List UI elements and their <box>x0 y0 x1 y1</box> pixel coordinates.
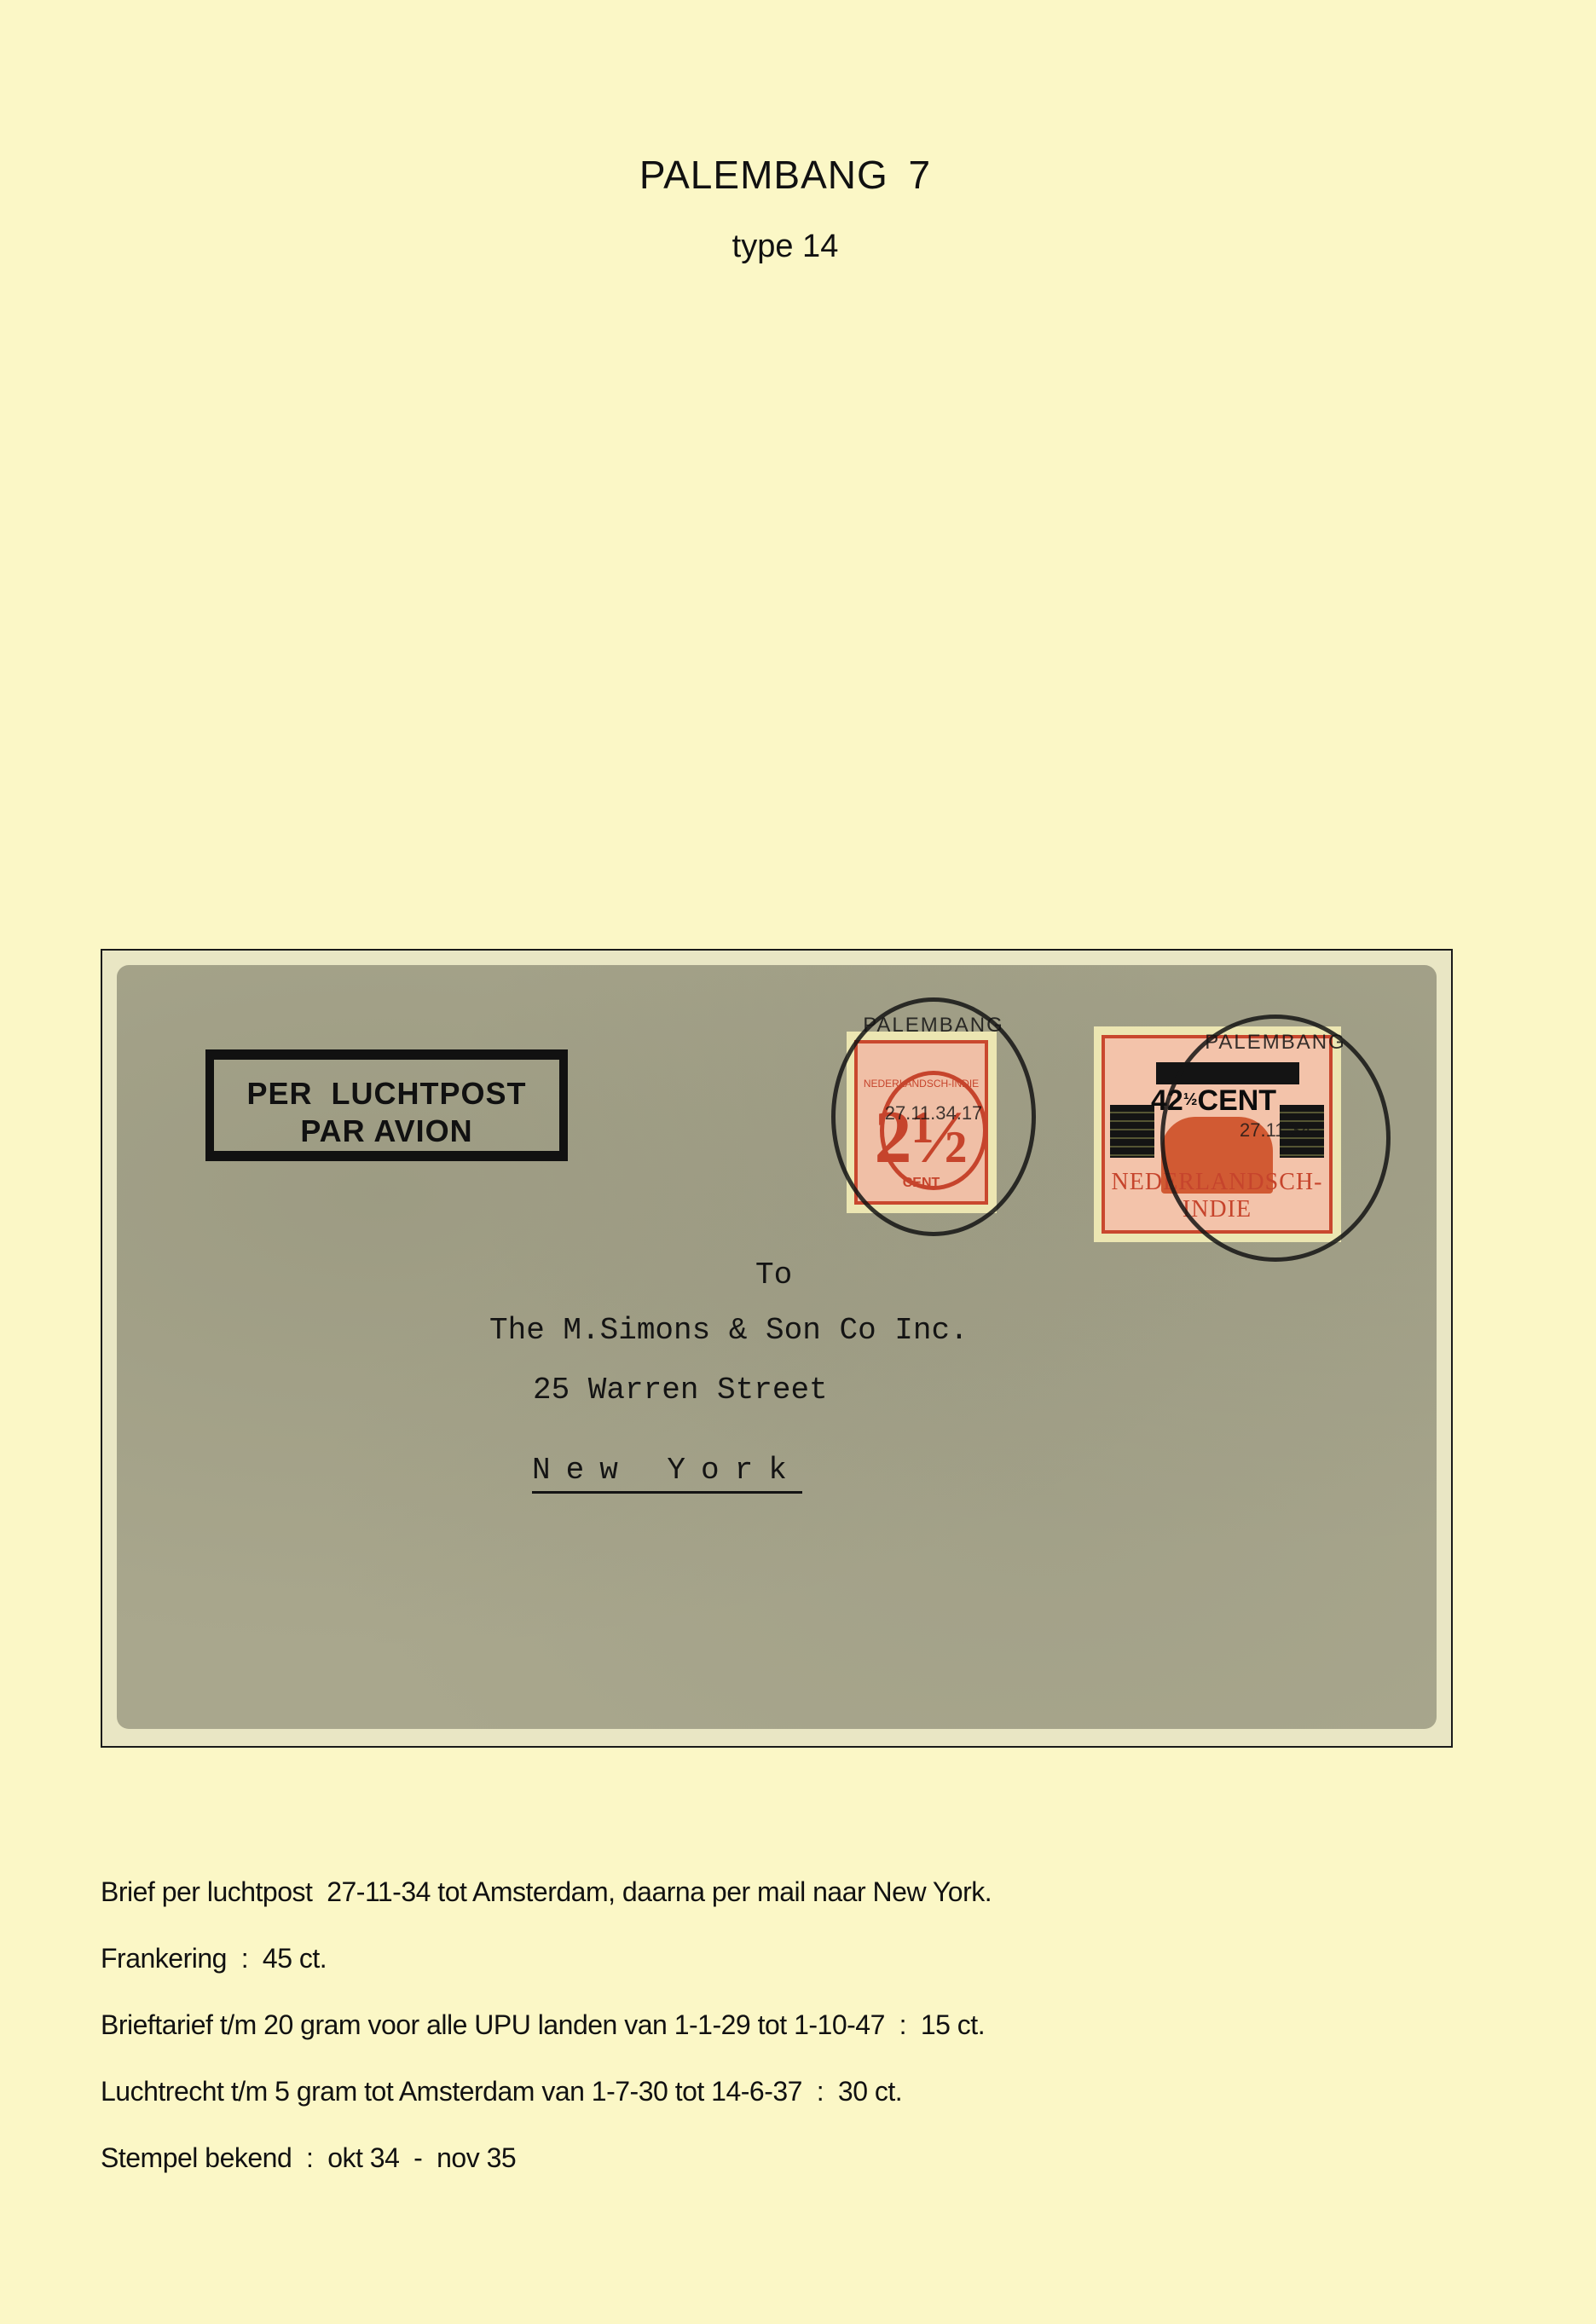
description-notes: Brief per luchtpost 27-11-34 tot Amsterd… <box>101 1876 992 2208</box>
note-route: Brief per luchtpost 27-11-34 tot Amsterd… <box>101 1876 992 1908</box>
address-city: New York <box>532 1453 802 1494</box>
postmark-date: 27.11.34 <box>1165 1119 1386 1142</box>
note-airmail-fee: Luchtrecht t/m 5 gram tot Amsterdam van … <box>101 2075 992 2107</box>
page-title: PALEMBANG 7 <box>0 152 1570 198</box>
note-franking: Frankering : 45 ct. <box>101 1942 992 1974</box>
postmark-circle: PALEMBANG 27.11.34 <box>1160 1015 1391 1262</box>
note-letter-rate: Brieftarief t/m 20 gram voor alle UPU la… <box>101 2009 992 2041</box>
address-street: 25 Warren Street <box>533 1373 828 1408</box>
airmail-label: PER LUCHTPOST PAR AVION <box>205 1049 568 1161</box>
page-subtitle: type 14 <box>0 228 1570 265</box>
surcharge-obliterator-left <box>1110 1105 1154 1158</box>
cover-mount-frame: PER LUCHTPOST PAR AVION NEDERLANDSCH-IND… <box>101 949 1453 1748</box>
postmark-town: PALEMBANG <box>836 1014 1032 1038</box>
address-to: To <box>755 1257 792 1292</box>
note-cancel-known: Stempel bekend : okt 34 - nov 35 <box>101 2142 992 2174</box>
postmark-date: 27.11.34.17 <box>836 1102 1032 1124</box>
airmail-label-line1: PER LUCHTPOST <box>246 1076 526 1111</box>
airmail-label-line2: PAR AVION <box>214 1113 559 1150</box>
postmark-circle: PALEMBANG 27.11.34.17 <box>831 997 1036 1236</box>
postmark-town: PALEMBANG <box>1165 1031 1386 1055</box>
airmail-envelope: PER LUCHTPOST PAR AVION NEDERLANDSCH-IND… <box>117 965 1437 1729</box>
address-company: The M.Simons & Son Co Inc. <box>489 1313 969 1348</box>
